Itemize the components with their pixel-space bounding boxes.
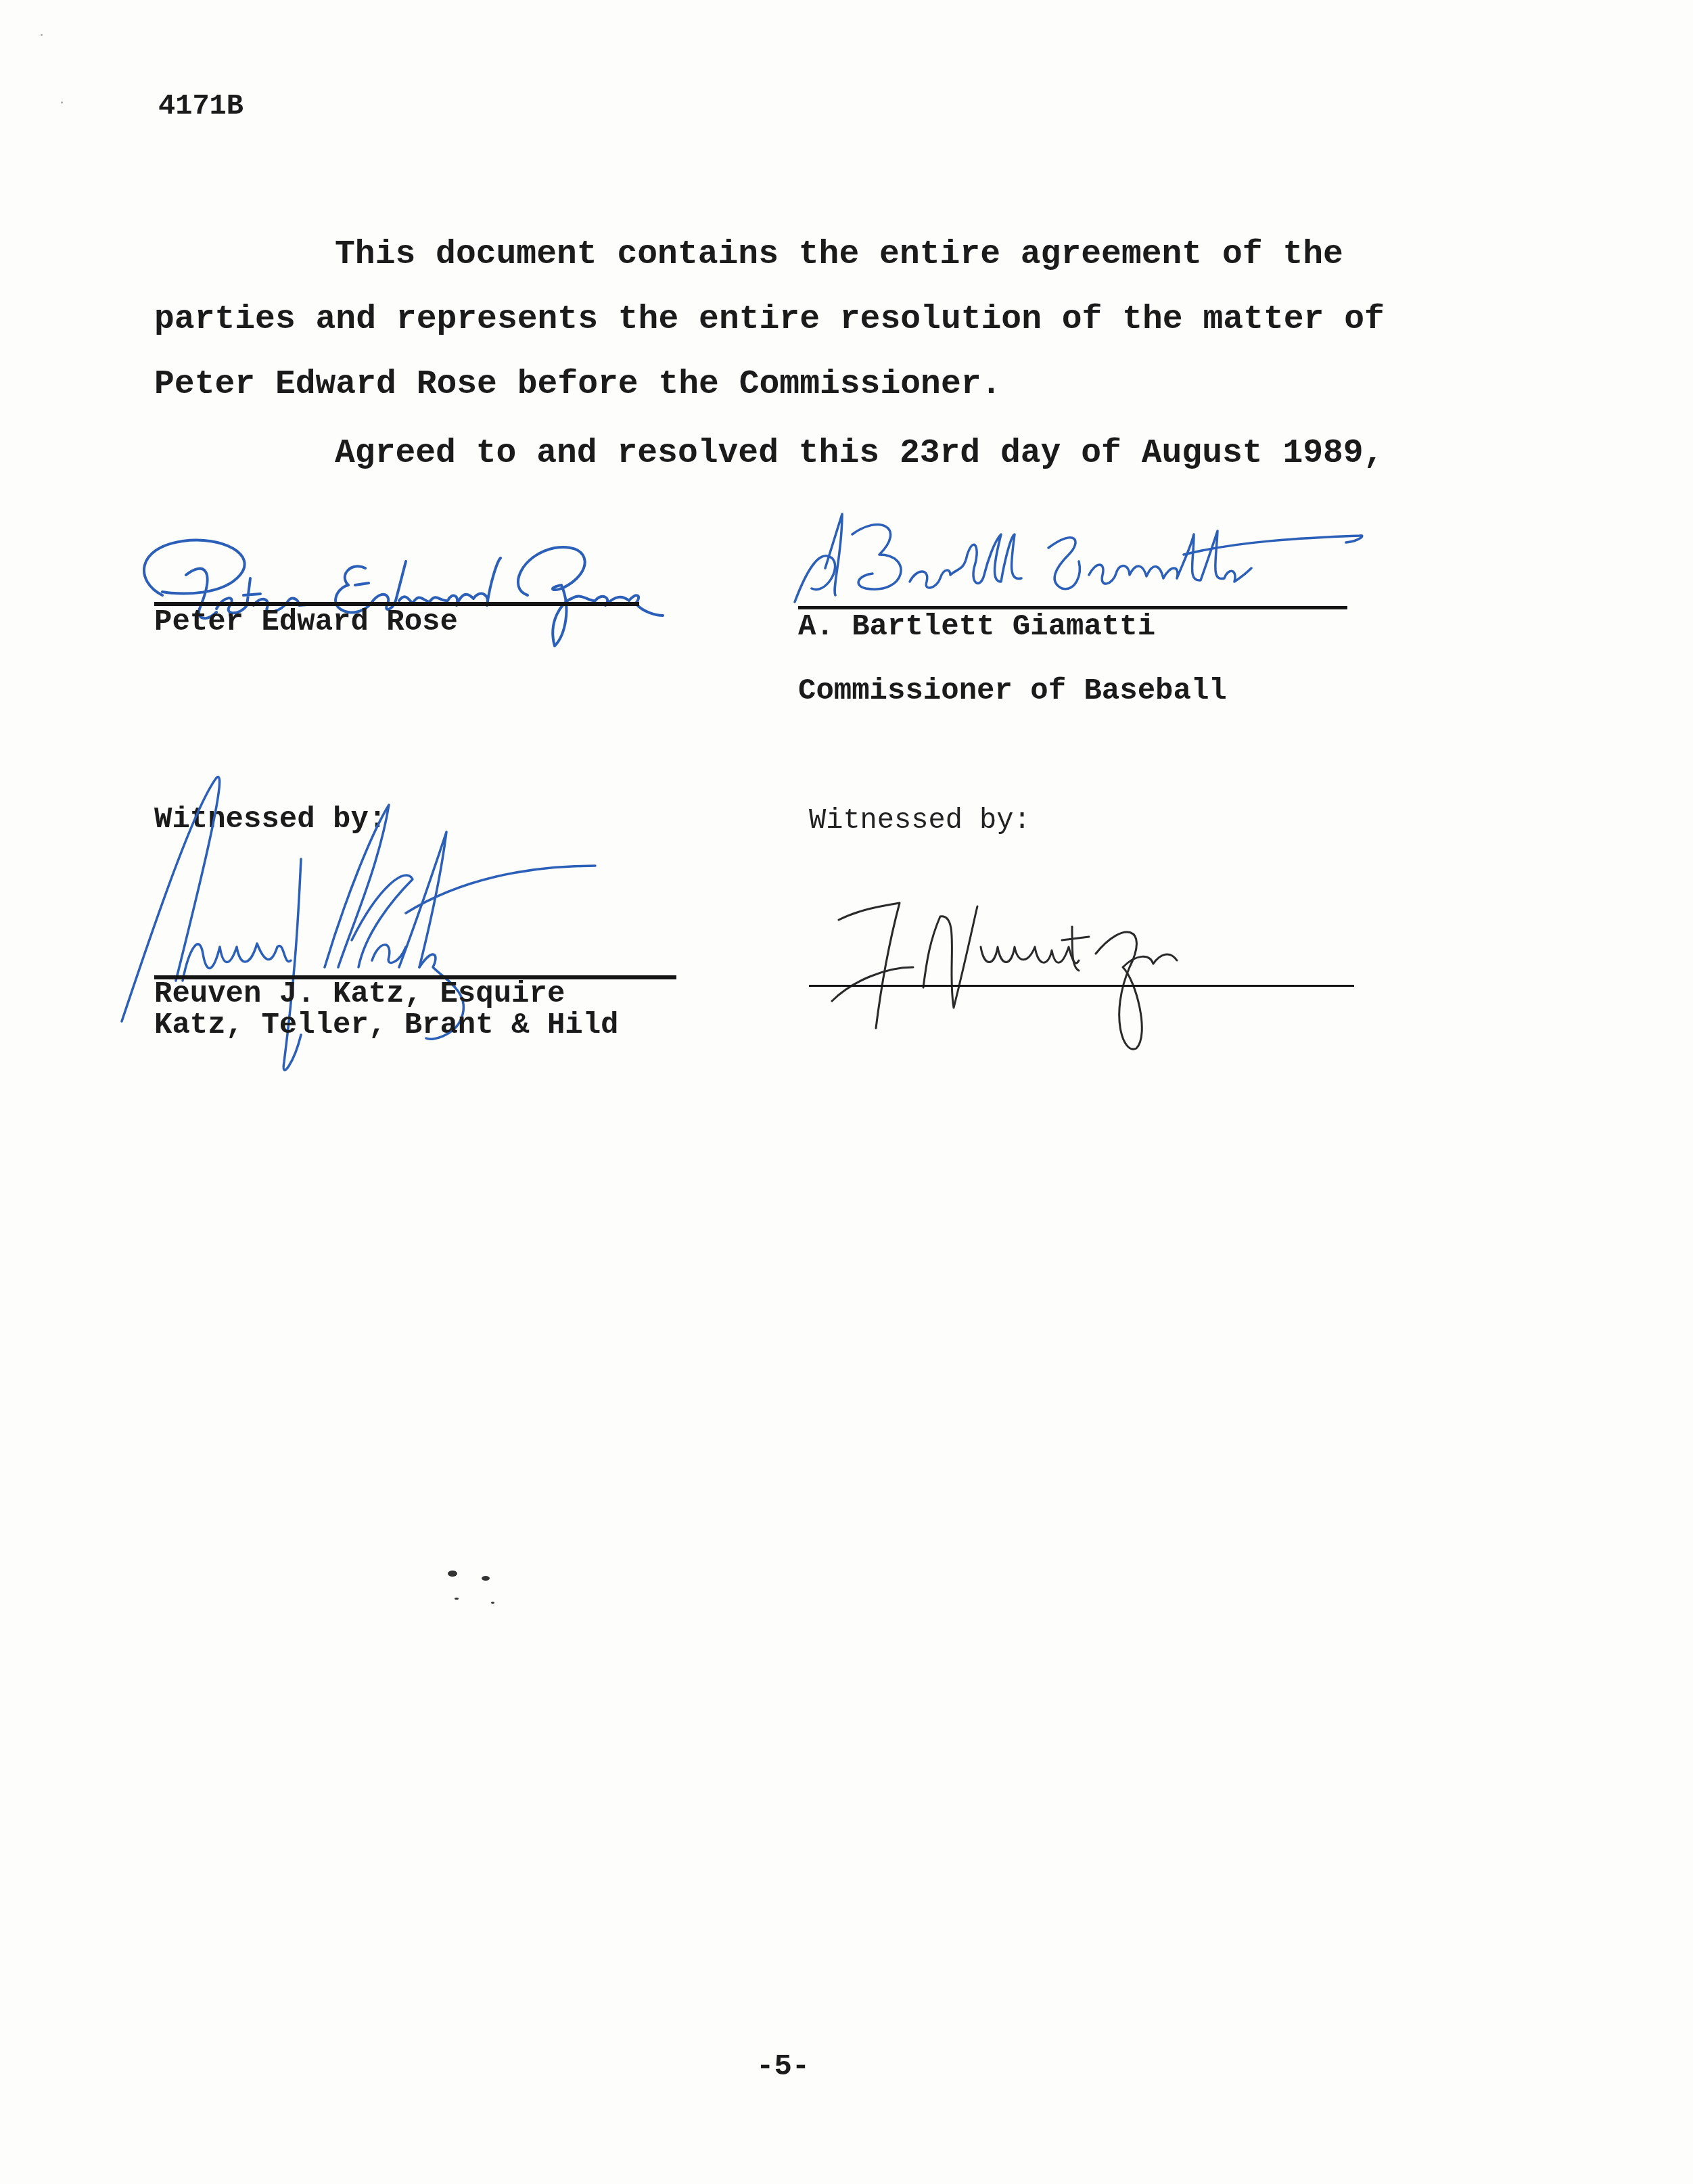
signature-giamatti	[778, 494, 1400, 615]
witness-name-katz: Reuven J. Katz, Esquire	[154, 979, 565, 1009]
document-ref-code: 4171B	[158, 92, 243, 120]
signatory-title-giamatti: Commissioner of Baseball	[798, 676, 1227, 706]
paragraph-line-2: parties and represents the entire resolu…	[154, 303, 1385, 337]
paragraph-line-3: Peter Edward Rose before the Commissione…	[154, 368, 1001, 402]
signatory-name-rose: Peter Edward Rose	[154, 607, 458, 637]
signature-vincent	[812, 900, 1285, 1055]
signatory-name-giamatti: A. Bartlett Giamatti	[798, 612, 1155, 642]
agreement-line: Agreed to and resolved this 23rd day of …	[335, 437, 1384, 471]
signature-line-giamatti	[798, 606, 1347, 609]
witness-label-right: Witnessed by:	[809, 806, 1031, 835]
paragraph-line-1: This document contains the entire agreem…	[335, 238, 1343, 272]
signature-line-vincent	[809, 985, 1354, 987]
witness-firm-katz: Katz, Teller, Brant & Hild	[154, 1010, 619, 1040]
page-number: -5-	[756, 2052, 810, 2082]
